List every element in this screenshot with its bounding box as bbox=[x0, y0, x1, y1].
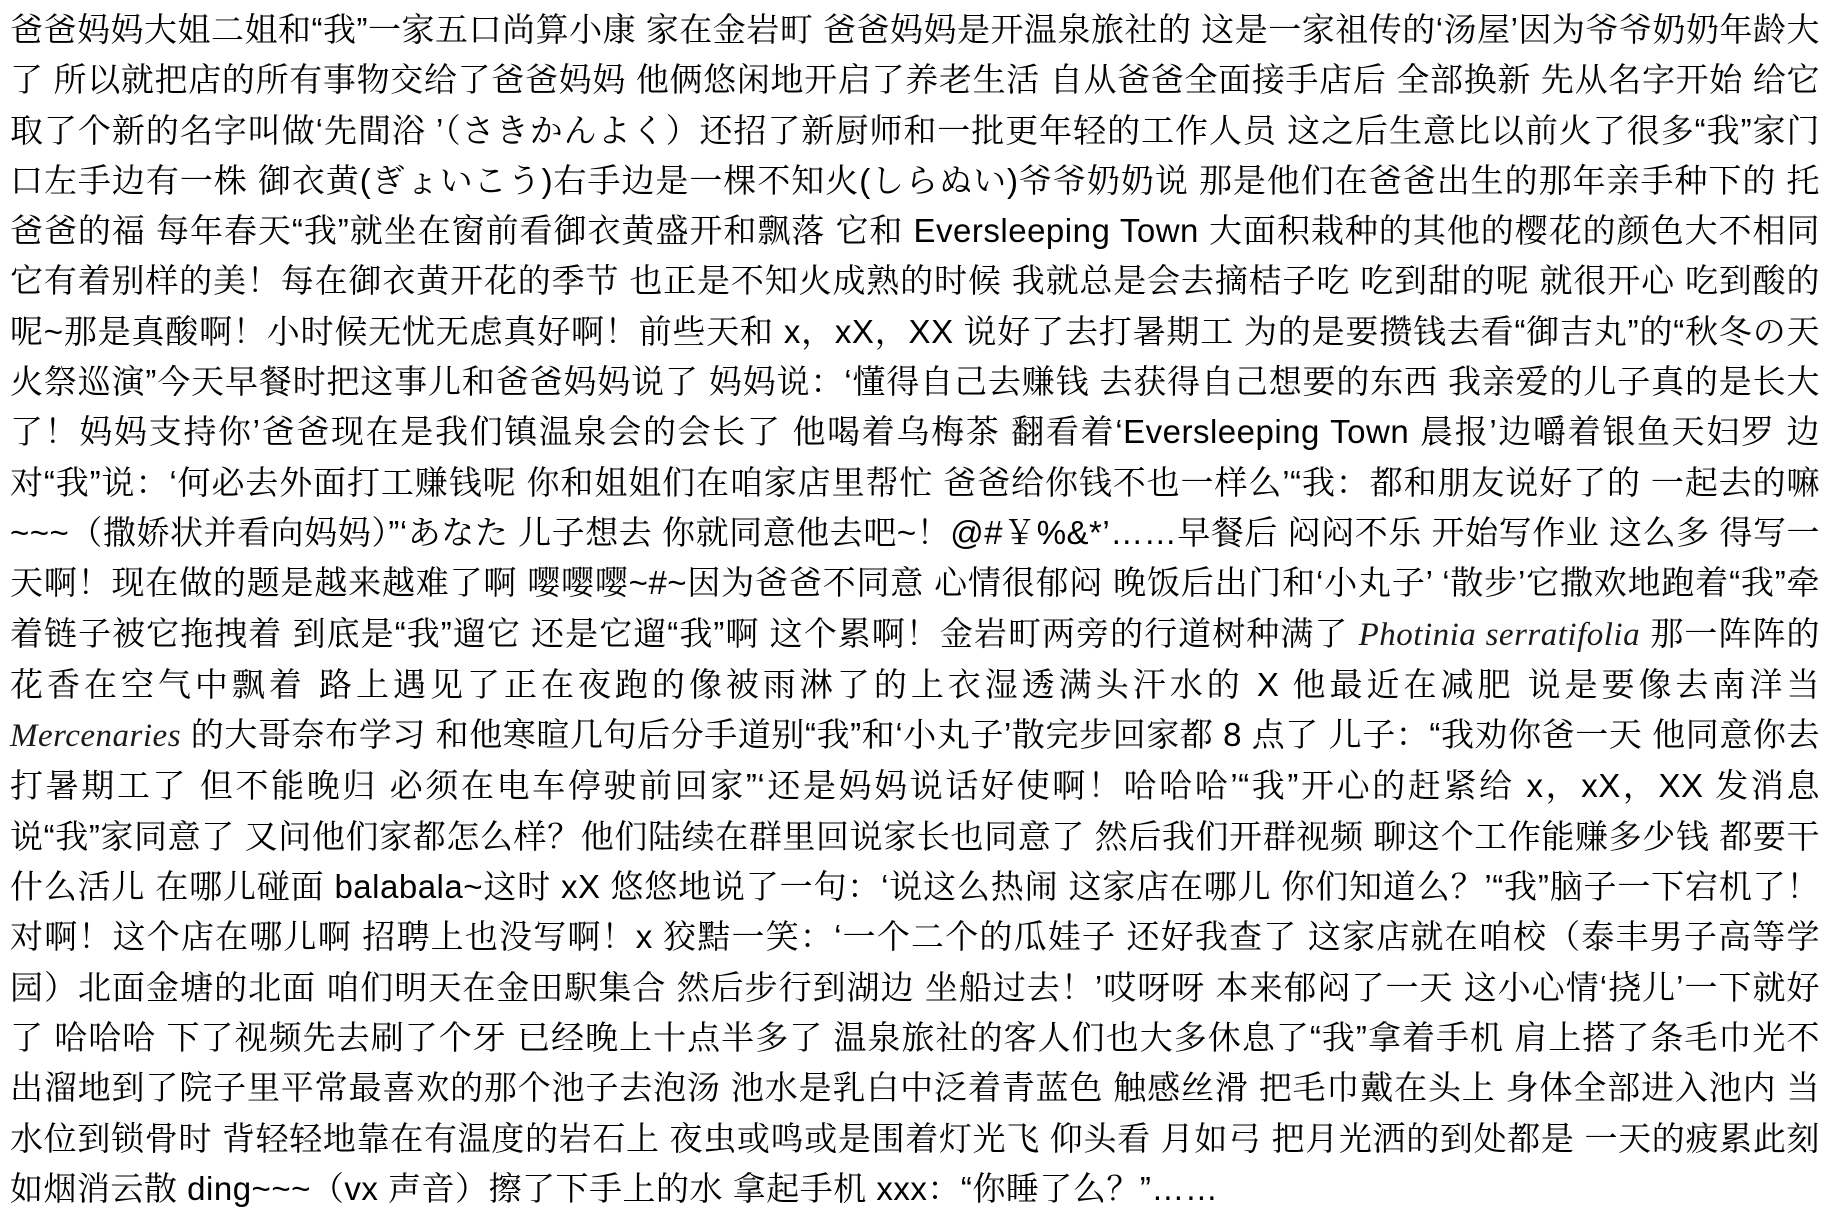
text-segment: Photinia serratifolia bbox=[1359, 617, 1640, 653]
text-segment: 爸爸妈妈大姐二姐和“我”一家五口尚算小康 家在金岩町 爸爸妈妈是开温泉旅社的 这… bbox=[10, 11, 1820, 652]
document-page: 爸爸妈妈大姐二姐和“我”一家五口尚算小康 家在金岩町 爸爸妈妈是开温泉旅社的 这… bbox=[0, 0, 1832, 1208]
text-segment: Mercenaries bbox=[10, 718, 181, 754]
text-segment: 的大哥奈布学习 和他寒暄几句后分手道别“我”和‘小丸子’散完步回家都 8 点了 … bbox=[10, 716, 1820, 1207]
document-text: 爸爸妈妈大姐二姐和“我”一家五口尚算小康 家在金岩町 爸爸妈妈是开温泉旅社的 这… bbox=[10, 5, 1820, 1208]
